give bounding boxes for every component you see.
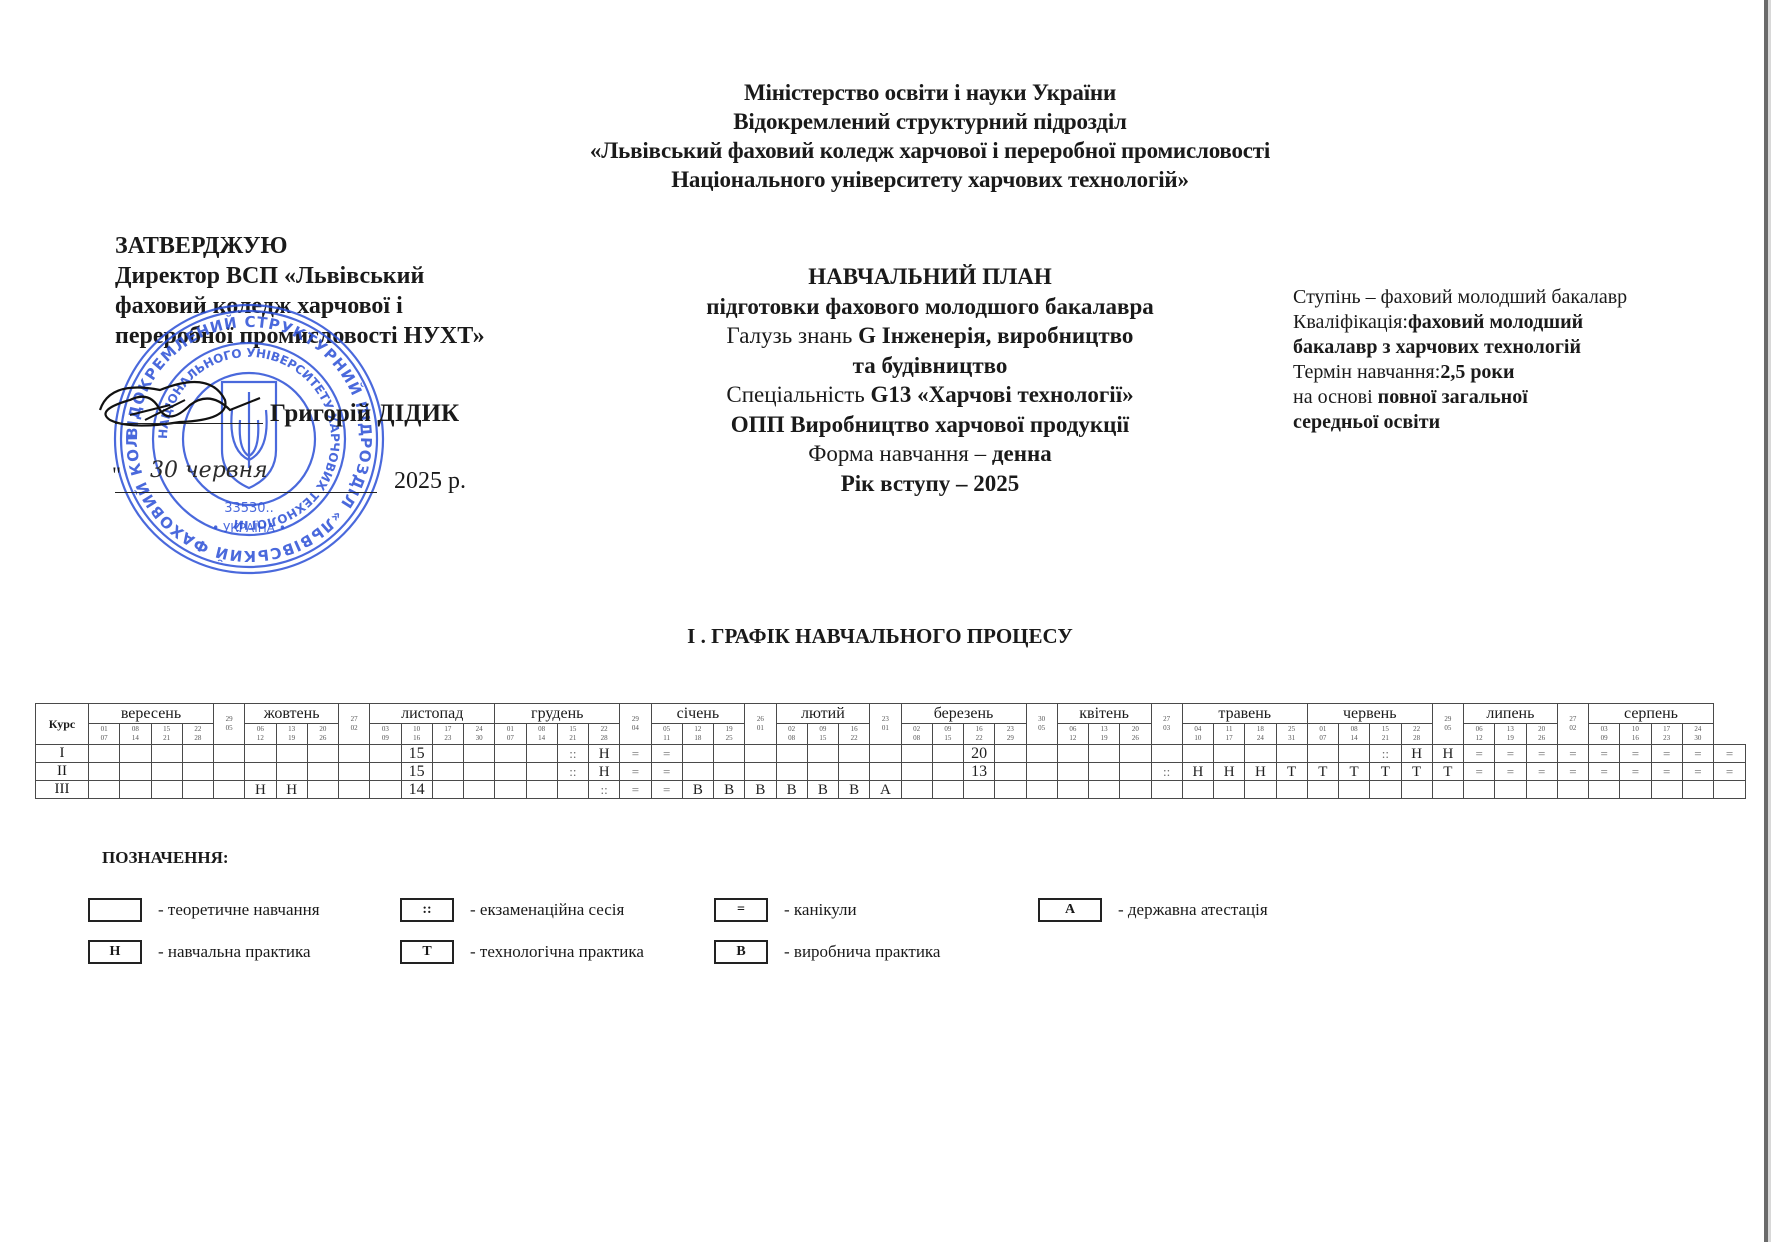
legend-symbol-box: Т [400,940,454,964]
schedule-cell [1526,781,1557,799]
schedule-cell: = [1651,763,1682,781]
schedule-cell [276,763,307,781]
legend-symbol-box: :: [400,898,454,922]
schedule-cell [120,763,151,781]
schedule-cell [495,781,526,799]
schedule-cell [339,745,370,763]
approval-title: ЗАТВЕРДЖУЮ [115,231,485,261]
schedule-cell [432,745,463,763]
week-header: 0410 [1182,724,1213,745]
week-header: 2601 [745,704,776,745]
schedule-cell [776,745,807,763]
study-form: Форма навчання – денна [620,439,1240,469]
schedule-cell: = [1464,745,1495,763]
schedule-cell: = [1526,745,1557,763]
schedule-cell: 20 [964,745,995,763]
week-header: 1521 [151,724,182,745]
schedule-cell [276,745,307,763]
schedule-cell [1432,781,1463,799]
week-header: 2430 [464,724,495,745]
legend-item: Т- технологічна практика [400,940,644,964]
schedule-cell [1089,781,1120,799]
schedule-cell [1057,745,1088,763]
schedule-cell [1276,781,1307,799]
schedule-cell [1339,745,1370,763]
schedule-cell: = [1557,763,1588,781]
degree-line: Ступінь – фаховий молодший бакалавр [1293,285,1627,310]
schedule-cell: = [1495,745,1526,763]
schedule-cell [1120,763,1151,781]
schedule-cell [745,763,776,781]
signer-name: Григорій ДІДИК [270,400,459,428]
schedule-cell [1089,763,1120,781]
schedule-cell [495,763,526,781]
schedule-cell: В [776,781,807,799]
legend-label: - теоретичне навчання [158,900,320,920]
date-line [115,492,377,493]
program: ОПП Виробництво харчової продукції [620,410,1240,440]
schedule-cell: = [1682,745,1713,763]
week-header: 1622 [839,724,870,745]
month-header: лютий [776,704,870,724]
schedule-cell [214,745,245,763]
schedule-cell: Т [1401,763,1432,781]
kurs-header: Курс [36,704,89,745]
schedule-cell [870,763,901,781]
schedule-cell [1182,745,1213,763]
week-header: 3005 [1026,704,1057,745]
schedule-cell [682,745,713,763]
schedule-cell [1245,745,1276,763]
schedule-cell [1651,781,1682,799]
legend-item: =- канікули [714,898,857,922]
schedule-cell: :: [1151,763,1182,781]
schedule-cell: Н [1401,745,1432,763]
schedule-cell [89,745,120,763]
schedule-cell [89,763,120,781]
schedule-cell: = [1682,763,1713,781]
schedule-cell [932,763,963,781]
table-row: I15::Н==20::НН========= [36,745,1746,763]
plan-title: НАВЧАЛЬНИЙ ПЛАН [620,262,1240,292]
schedule-cell: 15 [401,763,432,781]
schedule-cell: 14 [401,781,432,799]
week-header: 2702 [339,704,370,745]
schedule-cell: = [651,763,682,781]
week-header: 0915 [932,724,963,745]
schedule-cell [1089,745,1120,763]
schedule-cell [182,781,213,799]
legend-symbol-box: В [714,940,768,964]
month-header: вересень [89,704,214,724]
specialty: Спеціальність G13 «Харчові технології» [620,380,1240,410]
schedule-cell [1057,763,1088,781]
week-header: 1925 [714,724,745,745]
schedule-cell [339,781,370,799]
schedule-cell [464,781,495,799]
field-of-knowledge: Галузь знань G Інженерія, виробництво [620,321,1240,351]
schedule-cell [151,781,182,799]
week-header: 0309 [1589,724,1620,745]
schedule-cell [432,763,463,781]
schedule-cell [682,763,713,781]
schedule-cell: = [651,745,682,763]
week-header: 1218 [682,724,713,745]
week-header: 0612 [245,724,276,745]
schedule-cell: = [620,745,651,763]
schedule-cell [1495,781,1526,799]
week-header: 2026 [307,724,338,745]
schedule-cell: Н [1245,763,1276,781]
week-header: 2026 [1120,724,1151,745]
legend-label: - навчальна практика [158,942,311,962]
week-header: 1723 [1651,724,1682,745]
week-header: 1723 [432,724,463,745]
schedule-cell: В [682,781,713,799]
month-header: грудень [495,704,620,724]
schedule-cell: А [870,781,901,799]
week-header: 2301 [870,704,901,745]
week-header: 1319 [1495,724,1526,745]
schedule-cell [182,745,213,763]
week-header: 2904 [620,704,651,745]
table-row: II15::Н==13::НННТТТТТТ========= [36,763,1746,781]
schedule-cell: :: [1370,745,1401,763]
qualification-cont: бакалавр з харчових технологій [1293,335,1627,360]
week-header: 0107 [1307,724,1338,745]
signature-line [115,423,263,424]
signature-icon [90,360,290,440]
legend-symbol-box: А [1038,898,1102,922]
schedule-cell [1714,781,1746,799]
schedule-cell [1026,763,1057,781]
approval-position-1: Директор ВСП «Львівський [115,261,485,291]
college-line: «Львівський фаховий коледж харчової і пе… [380,136,1480,165]
schedule-cell: = [1651,745,1682,763]
schedule-cell [1307,781,1338,799]
schedule-cell: Н [1214,763,1245,781]
schedule-cell [1057,781,1088,799]
schedule-cell [370,781,401,799]
legend-label: - виробнича практика [784,942,940,962]
schedule-cell: :: [557,763,588,781]
schedule-cell [1151,781,1182,799]
week-header: 0814 [526,724,557,745]
schedule-cell [245,763,276,781]
week-header: 1521 [557,724,588,745]
ministry-line: Міністерство освіти і науки України [380,78,1480,107]
schedule-cell [307,781,338,799]
schedule-cell: :: [589,781,620,799]
schedule-cell: = [620,763,651,781]
schedule-cell [745,745,776,763]
month-header: червень [1307,704,1432,724]
schedule-cell [307,745,338,763]
schedule-cell: Т [1276,763,1307,781]
week-header: 2905 [1432,704,1463,745]
schedule-cell: = [1589,745,1620,763]
legend-label: - технологічна практика [470,942,644,962]
schedule-cell [182,763,213,781]
week-header: 0814 [1339,724,1370,745]
week-header: 0107 [89,724,120,745]
month-header: жовтень [245,704,339,724]
week-header: 1521 [1370,724,1401,745]
schedule-cell: В [745,781,776,799]
schedule-cell [526,781,557,799]
plan-subtitle: підготовки фахового молодшого бакалавра [620,292,1240,322]
schedule-cell [1307,745,1338,763]
schedule-cell [1620,781,1651,799]
schedule-cell: В [807,781,838,799]
week-header: 0511 [651,724,682,745]
legend-label: - канікули [784,900,857,920]
week-header: 0309 [370,724,401,745]
schedule-table: Курс вересень2905жовтень2702листопадгруд… [35,703,1746,799]
schedule-cell [245,745,276,763]
schedule-cell [557,781,588,799]
week-header: 2905 [214,704,245,745]
week-header: 2026 [1526,724,1557,745]
week-header: 0612 [1464,724,1495,745]
study-term: Термін навчання:2,5 роки [1293,360,1627,385]
degree-block: Ступінь – фаховий молодший бакалавр Квал… [1293,285,1627,435]
date-year: 2025 р. [394,468,466,495]
university-line: Національного університету харчових техн… [380,165,1480,194]
week-header: 0814 [120,724,151,745]
schedule-cell [1214,781,1245,799]
schedule-cell [120,745,151,763]
schedule-cell: = [1714,763,1746,781]
schedule-cell [339,763,370,781]
month-header: серпень [1589,704,1714,724]
schedule-cell [807,745,838,763]
month-header: липень [1464,704,1558,724]
week-header: 0612 [1057,724,1088,745]
week-header: 1016 [1620,724,1651,745]
schedule-cell: Т [1339,763,1370,781]
week-header: 1622 [964,724,995,745]
schedule-cell [432,781,463,799]
month-header: травень [1182,704,1307,724]
legend-symbol-box [88,898,142,922]
schedule-cell [995,763,1026,781]
schedule-cell [1026,781,1057,799]
schedule-cell [1370,781,1401,799]
date-quote: " [112,462,121,488]
week-header: 2228 [182,724,213,745]
schedule-cell [1026,745,1057,763]
qualification: Кваліфікація:фаховий молодший [1293,310,1627,335]
week-header: 2430 [1682,724,1713,745]
schedule-cell: 15 [401,745,432,763]
month-header: березень [901,704,1026,724]
schedule-cell [151,763,182,781]
schedule-cell: Н [589,763,620,781]
week-header: 0107 [495,724,526,745]
week-header: 0208 [901,724,932,745]
legend-item: А- державна атестація [1038,898,1268,922]
schedule-cell: = [1557,745,1588,763]
schedule-cell: Н [276,781,307,799]
section-title: І . ГРАФІК НАВЧАЛЬНОГО ПРОЦЕСУ [600,624,1160,649]
week-header: 1117 [1214,724,1245,745]
schedule-cell [89,781,120,799]
legend-title: ПОЗНАЧЕННЯ: [102,848,229,868]
week-header: 2703 [1151,704,1182,745]
schedule-cell [464,763,495,781]
schedule-cell [1682,781,1713,799]
schedule-cell [901,745,932,763]
schedule-cell [901,763,932,781]
schedule-cell: Т [1370,763,1401,781]
legend-symbol-box: = [714,898,768,922]
schedule-cell [901,781,932,799]
schedule-cell [807,763,838,781]
legend-label: - екзаменаційна сесія [470,900,624,920]
legend-item: В- виробнича практика [714,940,940,964]
basis: на основі повної загальної [1293,385,1627,410]
month-header: квітень [1057,704,1151,724]
week-header: 0915 [807,724,838,745]
week-header: 2228 [589,724,620,745]
schedule-cell [214,763,245,781]
schedule-cell: В [839,781,870,799]
legend-item: - теоретичне навчання [88,898,320,922]
course-label: II [36,763,89,781]
schedule-cell [1151,745,1182,763]
week-header: 1824 [1245,724,1276,745]
schedule-cell [776,763,807,781]
schedule-cell [1589,781,1620,799]
month-header-row: Курс вересень2905жовтень2702листопадгруд… [36,704,1746,724]
month-header: січень [651,704,745,724]
schedule-cell [526,763,557,781]
schedule-cell: = [651,781,682,799]
week-header: 2329 [995,724,1026,745]
schedule-cell [995,781,1026,799]
schedule-cell [995,745,1026,763]
plan-block: НАВЧАЛЬНИЙ ПЛАН підготовки фахового моло… [620,262,1240,498]
schedule-cell [870,745,901,763]
schedule-cell [964,781,995,799]
schedule-cell: 13 [964,763,995,781]
month-header: листопад [370,704,495,724]
schedule-cell [1120,745,1151,763]
schedule-cell: В [714,781,745,799]
schedule-cell [1245,781,1276,799]
svg-text:33530..: 33530.. [224,501,274,516]
unit-line: Відокремлений структурний підрозділ [380,107,1480,136]
schedule-cell [714,745,745,763]
schedule-cell [1276,745,1307,763]
schedule-cell [839,763,870,781]
schedule-cell [120,781,151,799]
schedule-cell [307,763,338,781]
schedule-cell: = [1620,763,1651,781]
schedule-cell [526,745,557,763]
schedule-cell [1464,781,1495,799]
course-label: III [36,781,89,799]
week-header: 1319 [1089,724,1120,745]
schedule-cell: Н [1432,745,1463,763]
schedule-cell: = [1526,763,1557,781]
schedule-cell [495,745,526,763]
table-row: IIIНН14::==ВВВВВВА [36,781,1746,799]
schedule-cell: = [620,781,651,799]
schedule-cell [932,745,963,763]
legend-item: ::- екзаменаційна сесія [400,898,624,922]
field-of-knowledge-cont: та будівництво [620,351,1240,381]
svg-text:• УКРАЇНА •: • УКРАЇНА • [212,520,286,535]
schedule-cell [151,745,182,763]
legend-item: Н- навчальна практика [88,940,311,964]
week-header: 2228 [1401,724,1432,745]
legend-label: - державна атестація [1118,900,1268,920]
schedule-cell [714,763,745,781]
schedule-cell [1401,781,1432,799]
schedule-cell [839,745,870,763]
schedule-cell [932,781,963,799]
schedule-cell: = [1464,763,1495,781]
week-header: 2531 [1276,724,1307,745]
schedule-cell [464,745,495,763]
week-header: 1319 [276,724,307,745]
schedule-cell [1214,745,1245,763]
schedule-cell [370,745,401,763]
schedule-cell: :: [557,745,588,763]
week-header: 2702 [1557,704,1588,745]
schedule-cell: Т [1307,763,1338,781]
institution-header: Міністерство освіти і науки України Відо… [380,78,1480,194]
legend-symbol-box: Н [88,940,142,964]
schedule-cell [214,781,245,799]
entry-year: Рік вступу – 2025 [620,469,1240,499]
schedule-cell: = [1495,763,1526,781]
week-header: 1016 [401,724,432,745]
schedule-cell [1120,781,1151,799]
schedule-cell: Н [1182,763,1213,781]
course-label: I [36,745,89,763]
schedule-cell: = [1589,763,1620,781]
date-handwritten: 30 червня [150,458,268,483]
schedule-cell [1557,781,1588,799]
schedule-cell: = [1620,745,1651,763]
basis-cont: середньої освіти [1293,410,1627,435]
schedule-cell [1339,781,1370,799]
schedule-cell [370,763,401,781]
schedule-cell: Т [1432,763,1463,781]
schedule-cell: Н [245,781,276,799]
schedule-cell [1182,781,1213,799]
schedule-cell: Н [589,745,620,763]
schedule-cell: = [1714,745,1746,763]
week-header: 0208 [776,724,807,745]
